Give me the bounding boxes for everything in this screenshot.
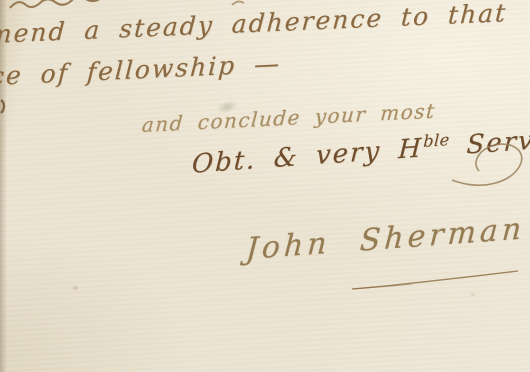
closing-abbrev-main: H — [397, 133, 423, 165]
closing-text-end: Servant — [449, 122, 530, 162]
foxing-spot — [72, 285, 79, 291]
manuscript-page: mend a steady adherence to that ce of fe… — [0, 0, 530, 372]
closing-abbrev-superscript: ble — [423, 130, 450, 151]
letter-line-fellowship: ce of fellowship — — [0, 49, 282, 91]
scan-left-edge-shadow — [0, 0, 7, 372]
letter-line-adherence: mend a steady adherence to that — [0, 0, 508, 49]
foxing-spot — [470, 292, 476, 297]
signature-text: John Sherman — [245, 211, 526, 267]
closing-text-start: Obt. & very — [191, 135, 399, 180]
letter-line-conclude: and conclude your most — [141, 99, 436, 137]
